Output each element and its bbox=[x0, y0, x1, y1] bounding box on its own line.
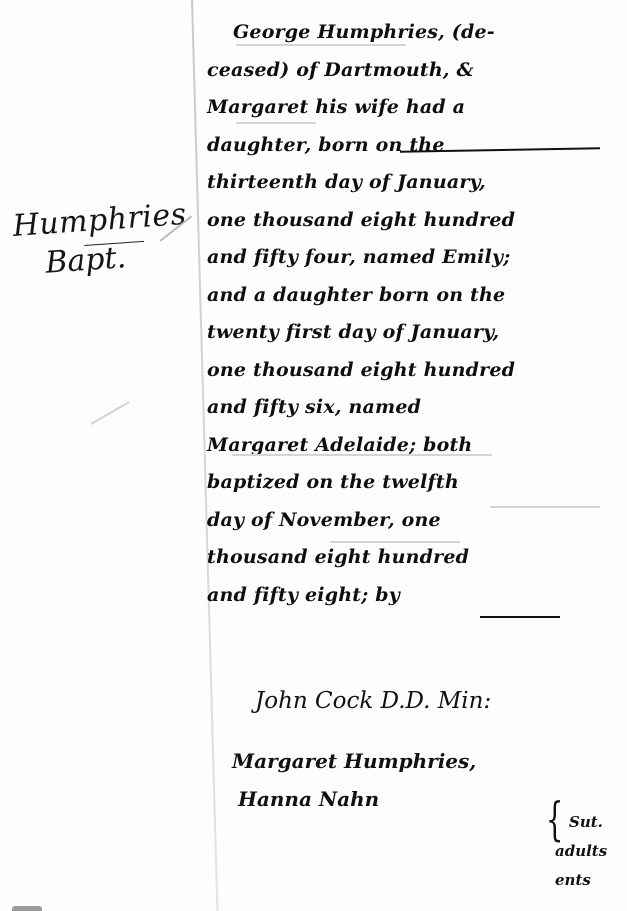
entry-line: and fifty four, named Emily; bbox=[205, 239, 615, 277]
sponsor-note-line: Sut. bbox=[555, 808, 607, 837]
entry-line: and fifty six, named bbox=[205, 389, 615, 427]
scan-smudge bbox=[12, 906, 42, 911]
entry-line: one thousand eight hundred bbox=[205, 202, 615, 240]
name-underline-margaret-adelaide bbox=[232, 454, 492, 456]
witness-name: Hanna Nahn bbox=[232, 780, 476, 818]
date-underline-november bbox=[330, 541, 460, 543]
line-end-flourish bbox=[480, 616, 560, 618]
officiant-signature: John Cock D.D. Min: bbox=[255, 688, 491, 714]
entry-line: thirteenth day of January, bbox=[205, 164, 615, 202]
baptism-entry: George Humphries, (de- ceased) of Dartmo… bbox=[205, 14, 615, 614]
pencil-stroke-mark bbox=[90, 401, 129, 425]
sponsor-note: Sut. adults ents bbox=[555, 808, 607, 895]
entry-line: Margaret his wife had a bbox=[205, 89, 615, 127]
entry-line: daughter, born on the bbox=[205, 127, 615, 165]
entry-line: twenty first day of January, bbox=[205, 314, 615, 352]
entry-line: ceased) of Dartmouth, & bbox=[205, 52, 615, 90]
date-underline-twelfth bbox=[490, 506, 600, 508]
sponsor-note-line: ents bbox=[555, 866, 607, 895]
witness-name: Margaret Humphries, bbox=[232, 742, 476, 780]
entry-line: one thousand eight hundred bbox=[205, 352, 615, 390]
name-underline-george bbox=[236, 44, 406, 46]
entry-line: baptized on the twelfth bbox=[205, 464, 615, 502]
entry-line: and fifty eight; by bbox=[205, 577, 615, 615]
entry-line: thousand eight hundred bbox=[205, 539, 615, 577]
witness-list: Margaret Humphries, Hanna Nahn bbox=[232, 742, 476, 818]
entry-line: and a daughter born on the bbox=[205, 277, 615, 315]
entry-line: Margaret Adelaide; both bbox=[205, 427, 615, 465]
sponsor-note-line: adults bbox=[555, 837, 607, 866]
name-underline-margaret bbox=[236, 122, 316, 124]
register-page: Humphries Bapt. George Humphries, (de- c… bbox=[0, 0, 627, 911]
